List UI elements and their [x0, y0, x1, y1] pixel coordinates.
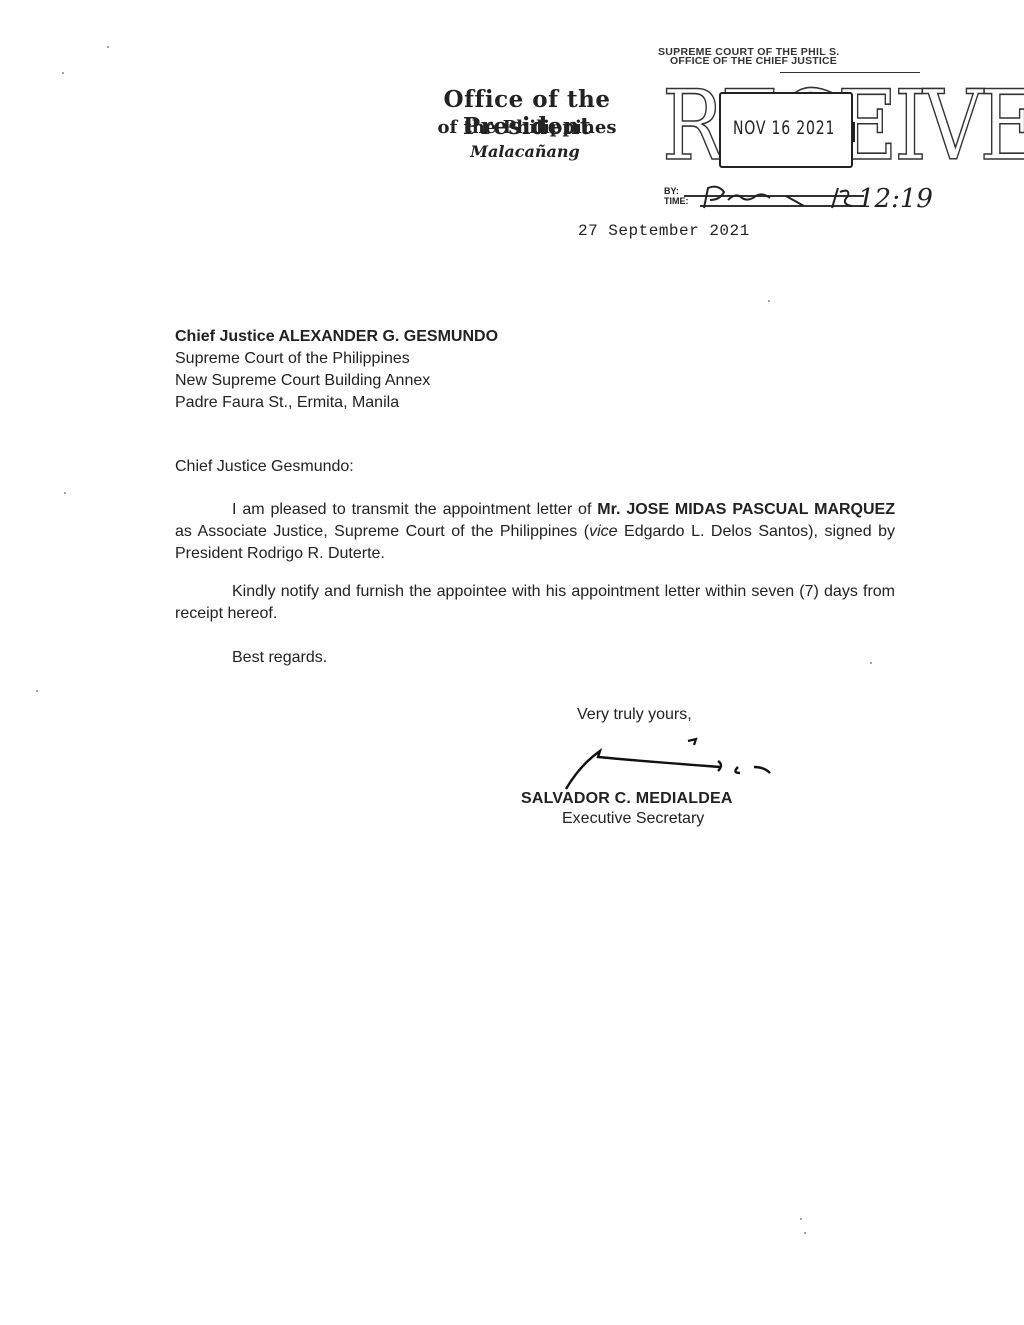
- signatory-title: Executive Secretary: [562, 808, 704, 830]
- recipient-address: Chief Justice ALEXANDER G. GESMUNDO Supr…: [175, 326, 498, 414]
- scan-speck: [870, 662, 872, 664]
- stamp-initials-signature: [700, 182, 860, 212]
- scan-speck: [36, 690, 38, 692]
- stamp-time-label: TIME:: [664, 196, 689, 206]
- paragraph-regards: Best regards.: [232, 647, 327, 669]
- closing: Very truly yours,: [577, 704, 692, 726]
- p1-vice: vice: [589, 523, 617, 540]
- recipient-line4: Padre Faura St., Ermita, Manila: [175, 392, 498, 414]
- appointee-name: Mr. JOSE MIDAS PASCUAL MARQUEZ: [597, 501, 895, 518]
- stamp-header-line2: OFFICE OF THE CHIEF JUSTICE: [670, 56, 837, 66]
- p2-text: Kindly notify and furnish the appointee …: [175, 583, 895, 622]
- paragraph-instructions: Kindly notify and furnish the appointee …: [175, 581, 895, 625]
- stamp-time-value: 12:19: [858, 184, 933, 214]
- recipient-name: Chief Justice ALEXANDER G. GESMUNDO: [175, 326, 498, 348]
- scan-speck: [768, 300, 770, 302]
- stamp-date-bar: [852, 122, 855, 142]
- letterhead-palace: Malacañang: [430, 142, 620, 161]
- stamp-by-label: BY:: [664, 186, 679, 196]
- p1-text-a: I am pleased to transmit the appointment…: [232, 501, 597, 518]
- letterhead-country: of the Philippines: [420, 117, 634, 138]
- stamp-date: NOV 16 2021: [733, 117, 835, 139]
- recipient-line2: Supreme Court of the Philippines: [175, 348, 498, 370]
- paragraph-transmittal: I am pleased to transmit the appointment…: [175, 499, 895, 565]
- handwritten-signature: [560, 735, 790, 791]
- scan-speck: [800, 1218, 802, 1220]
- p1-text-b: as Associate Justice, Supreme Court of t…: [175, 523, 589, 540]
- scan-speck: [107, 46, 109, 48]
- scan-speck: [64, 492, 66, 494]
- salutation: Chief Justice Gesmundo:: [175, 456, 354, 478]
- recipient-line3: New Supreme Court Building Annex: [175, 370, 498, 392]
- letter-date: 27 September 2021: [578, 222, 750, 240]
- scan-speck: [804, 1232, 806, 1234]
- signatory-name: SALVADOR C. MEDIALDEA: [521, 788, 733, 810]
- scan-speck: [62, 72, 64, 74]
